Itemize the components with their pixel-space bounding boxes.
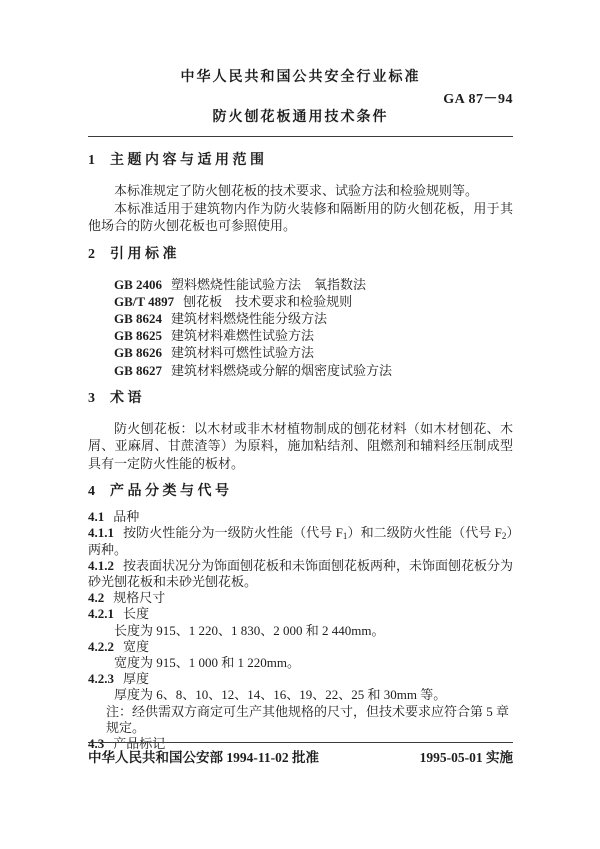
width-spec-text: 宽度为 915、1 000 和 1 220mm。 <box>88 655 513 671</box>
clause-number: 4.1.2 <box>88 558 114 573</box>
referenced-standard: GB/T 4897刨花板 技术要求和检验规则 <box>88 293 513 310</box>
referenced-standard-desc: 建筑材料燃烧或分解的烟密度试验方法 <box>171 363 392 378</box>
referenced-standard-desc: 刨花板 技术要求和检验规则 <box>183 294 352 309</box>
clause-number: 4.1.1 <box>88 525 114 540</box>
clause-text: 规格尺寸 <box>113 590 165 605</box>
section-3-title: 术语 <box>110 391 145 406</box>
referenced-standard-code: GB 8625 <box>114 328 162 343</box>
referenced-standard-code: GB/T 4897 <box>114 294 174 309</box>
referenced-standard: GB 8624建筑材料燃烧性能分级方法 <box>88 310 513 327</box>
section-1-heading: 1主题内容与适用范围 <box>88 153 513 168</box>
implementation-date: 1995-05-01 实施 <box>420 750 513 765</box>
section-3-paragraph: 防火刨花板：以木材或非木材植物制成的刨花材料（如木材刨花、木屑、亚麻屑、甘蔗渣等… <box>88 420 513 473</box>
section-2-number: 2 <box>88 247 110 262</box>
footer-text-row: 中华人民共和国公安部 1994-11-02 批准 1995-05-01 实施 <box>88 750 513 765</box>
referenced-standard-code: GB 2406 <box>114 277 162 292</box>
section-4-title: 产品分类与代号 <box>110 484 233 499</box>
section-1-number: 1 <box>88 153 110 168</box>
referenced-standard: GB 8625建筑材料难燃性试验方法 <box>88 327 513 344</box>
document-content: 中华人民共和国公共安全行业标准 GA 87－94 防火刨花板通用技术条件 1主题… <box>88 70 513 752</box>
clause-number: 4.2.2 <box>88 639 114 654</box>
standard-type-label: 中华人民共和国公共安全行业标准 <box>88 70 513 85</box>
clause-number: 4.1 <box>88 509 104 524</box>
note-text: 注：经供需双方商定可生产其他规格的尺寸，但技术要求应符合第 5 章规定。 <box>88 704 513 736</box>
clause-4-1: 4.1品种 <box>88 509 513 525</box>
referenced-standard-desc: 建筑材料难燃性试验方法 <box>171 328 314 343</box>
clause-4-2-1: 4.2.1长度 <box>88 606 513 622</box>
referenced-standard: GB 8626建筑材料可燃性试验方法 <box>88 344 513 361</box>
section-3-heading: 3术语 <box>88 391 513 406</box>
section-1-paragraph-1: 本标准规定了防火刨花板的技术要求、试验方法和检验规则等。 <box>88 182 513 200</box>
referenced-standard-code: GB 8624 <box>114 311 162 326</box>
referenced-standard-desc: 塑料燃烧性能试验方法 氧指数法 <box>171 277 366 292</box>
section-4-heading: 4产品分类与代号 <box>88 484 513 499</box>
document-page: 中华人民共和国公共安全行业标准 GA 87－94 防火刨花板通用技术条件 1主题… <box>0 0 600 849</box>
referenced-standard-code: GB 8627 <box>114 363 162 378</box>
section-2-heading: 2引用标准 <box>88 247 513 262</box>
header-divider <box>88 136 513 137</box>
section-2-title: 引用标准 <box>110 247 180 262</box>
clause-4-1-1: 4.1.1按防火性能分为一级防火性能（代号 F1）和二级防火性能（代号 F2）两… <box>88 525 513 557</box>
clause-4-2-2: 4.2.2宽度 <box>88 639 513 655</box>
referenced-standard: GB 8627建筑材料燃烧或分解的烟密度试验方法 <box>88 362 513 379</box>
document-title: 防火刨花板通用技术条件 <box>88 110 513 125</box>
clause-number: 4.2.1 <box>88 606 114 621</box>
clause-text: 厚度 <box>123 671 149 686</box>
thickness-spec-text: 厚度为 6、8、10、12、14、16、19、22、25 和 30mm 等。 <box>88 687 513 703</box>
section-1-title: 主题内容与适用范围 <box>110 153 268 168</box>
section-3-number: 3 <box>88 391 110 406</box>
referenced-standard-desc: 建筑材料燃烧性能分级方法 <box>171 311 327 326</box>
referenced-standard-desc: 建筑材料可燃性试验方法 <box>171 345 314 360</box>
clause-text: ）和二级防火性能（代号 F <box>347 525 502 540</box>
standard-number: GA 87－94 <box>88 92 513 107</box>
referenced-standard: GB 2406塑料燃烧性能试验方法 氧指数法 <box>88 276 513 293</box>
clause-4-1-2: 4.1.2按表面状况分为饰面刨花板和未饰面刨花板两种，未饰面刨花板分为砂光刨花板… <box>88 558 513 590</box>
approval-statement: 中华人民共和国公安部 1994-11-02 批准 <box>88 750 319 765</box>
referenced-standard-code: GB 8626 <box>114 345 162 360</box>
clause-4-2-3: 4.2.3厚度 <box>88 671 513 687</box>
footer-divider <box>88 742 513 743</box>
clause-text: 长度 <box>123 606 149 621</box>
clause-number: 4.2.3 <box>88 671 114 686</box>
clause-4-2: 4.2规格尺寸 <box>88 590 513 606</box>
clause-text: 宽度 <box>123 639 149 654</box>
clause-text: 按表面状况分为饰面刨花板和未饰面刨花板两种，未饰面刨花板分为砂光刨花板和未砂光刨… <box>88 558 513 589</box>
clause-text: 品种 <box>113 509 139 524</box>
clause-number: 4.2 <box>88 590 104 605</box>
clause-text: 按防火性能分为一级防火性能（代号 F <box>123 525 343 540</box>
page-footer: 中华人民共和国公安部 1994-11-02 批准 1995-05-01 实施 <box>88 742 513 765</box>
section-4-number: 4 <box>88 484 110 499</box>
section-1-paragraph-2: 本标准适用于建筑物内作为防火装修和隔断用的防火刨花板，用于其他场合的防火刨花板也… <box>88 200 513 235</box>
length-spec-text: 长度为 915、1 220、1 830、2 000 和 2 440mm。 <box>88 623 513 639</box>
